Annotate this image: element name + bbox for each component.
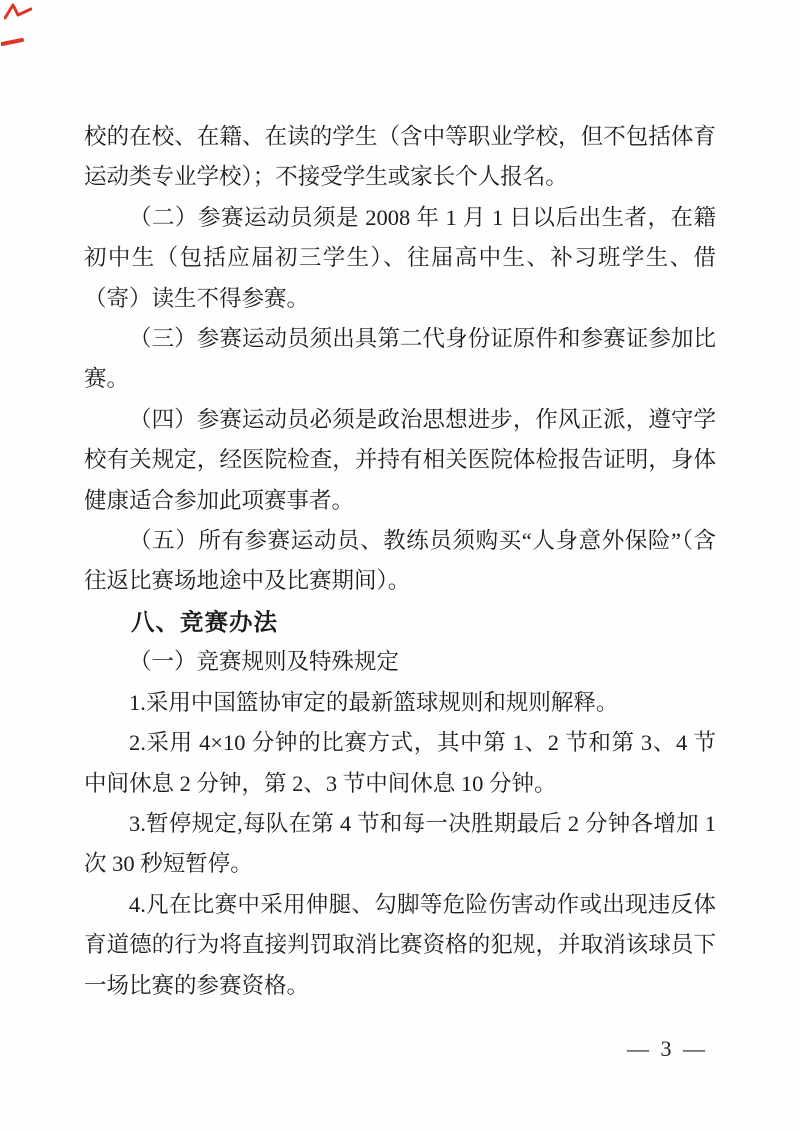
section-heading: 八、竞赛办法: [84, 602, 716, 642]
document-page: 校的在校、在籍、在读的学生（含中等职业学校，但不包括体育运动类专业学校）；不接受…: [0, 0, 800, 1131]
body-paragraph: 3.暂停规定,每队在第 4 节和每一决胜期最后 2 分钟各增加 1 次 30 秒…: [84, 804, 716, 885]
body-paragraph: （二）参赛运动员须是 2008 年 1 月 1 日以后出生者，在籍初中生（包括应…: [84, 198, 716, 319]
body-paragraph: （三）参赛运动员须出具第二代身份证原件和参赛证参加比赛。: [84, 319, 716, 400]
subsection-heading: （一）竞赛规则及特殊规定: [84, 642, 716, 682]
page-number: — 3 —: [627, 1036, 708, 1062]
document-body: 校的在校、在籍、在读的学生（含中等职业学校，但不包括体育运动类专业学校）；不接受…: [84, 117, 716, 1006]
body-paragraph: （四）参赛运动员必须是政治思想进步，作风正派，遵守学校有关规定，经医院检查，并持…: [84, 400, 716, 521]
red-pen-mark-icon: [4, 2, 32, 25]
body-paragraph: 校的在校、在籍、在读的学生（含中等职业学校，但不包括体育运动类专业学校）；不接受…: [84, 117, 716, 198]
body-paragraph: 4.凡在比赛中采用伸腿、勾脚等危险伤害动作或出现违反体育道德的行为将直接判罚取消…: [84, 885, 716, 1006]
red-pen-dash-icon: [1, 34, 25, 52]
body-paragraph: （五）所有参赛运动员、教练员须购买“人身意外保险”（含往返比赛场地途中及比赛期间…: [84, 521, 716, 602]
body-paragraph: 1.采用中国篮协审定的最新篮球规则和规则解释。: [84, 683, 716, 723]
body-paragraph: 2.采用 4×10 分钟的比赛方式，其中第 1、2 节和第 3、4 节中间休息 …: [84, 723, 716, 804]
